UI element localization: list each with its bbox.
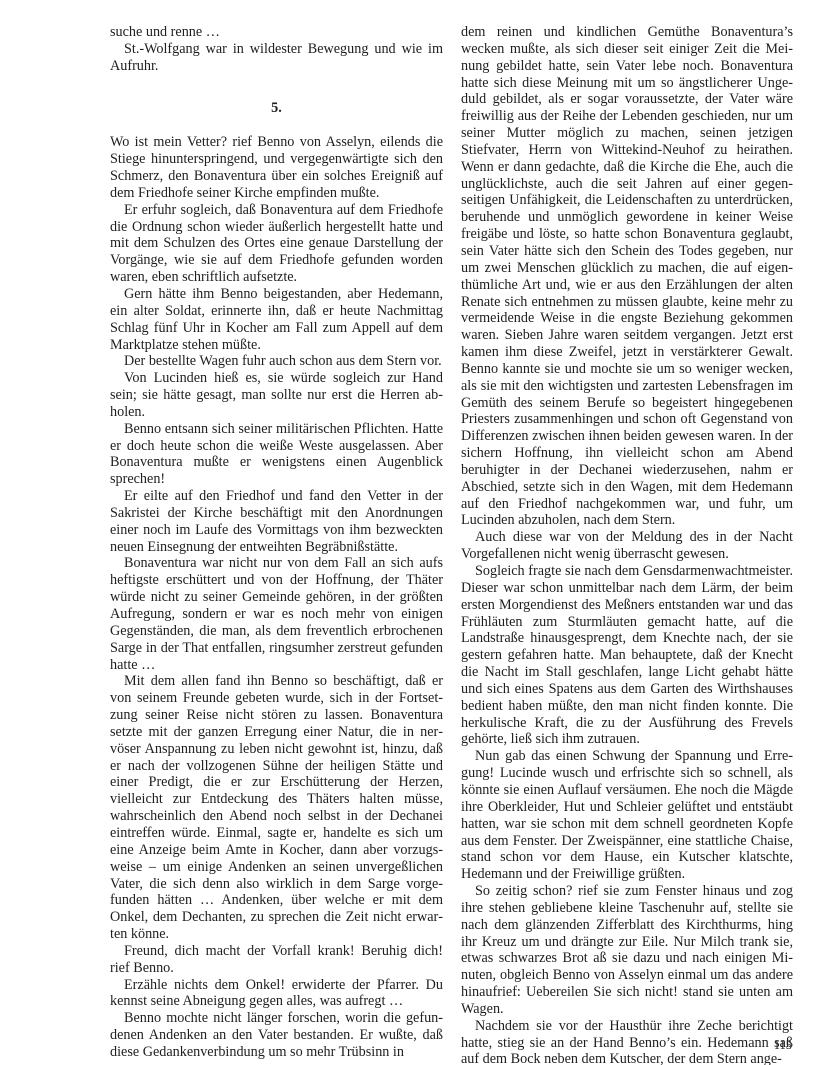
paragraph: dem reinen und kindlichen Gemüthe Bonave… bbox=[461, 24, 793, 529]
paragraph: Der bestellte Wagen fuhr auch schon aus … bbox=[110, 353, 443, 370]
paragraph: Wo ist mein Vetter? rief Benno von Assel… bbox=[110, 134, 443, 201]
right-column: dem reinen und kindlichen Gemüthe Bonave… bbox=[461, 24, 793, 1065]
paragraph: So zeitig schon? rief sie zum Fenster hi… bbox=[461, 883, 793, 1018]
paragraph: Gern hätte ihm Benno beigestanden, aber … bbox=[110, 286, 443, 353]
paragraph: Nun gab das einen Schwung der Spannung u… bbox=[461, 748, 793, 883]
page-number: 115 bbox=[740, 1037, 792, 1054]
paragraph: Von Lucinden hieß es, sie würde sogleich… bbox=[110, 370, 443, 421]
paragraph: Benno entsann sich seiner militärischen … bbox=[110, 421, 443, 488]
left-column: suche und renne … St.-Wolfgang war in wi… bbox=[110, 24, 443, 1061]
paragraph: Auch diese war von der Meldung des in de… bbox=[461, 529, 793, 563]
chapter-heading: 5. bbox=[110, 100, 443, 117]
paragraph: Erzähle nichts dem Onkel! erwiderte der … bbox=[110, 977, 443, 1011]
paragraph: Er eilte auf den Friedhof und fand den V… bbox=[110, 488, 443, 555]
paragraph: Bonaventura war nicht nur von dem Fall a… bbox=[110, 555, 443, 673]
paragraph: Mit dem allen fand ihn Benno so beschäft… bbox=[110, 673, 443, 943]
book-page: suche und renne … St.-Wolfgang war in wi… bbox=[0, 0, 819, 1065]
paragraph: Er erfuhr sogleich, daß Bonaventura auf … bbox=[110, 202, 443, 286]
paragraph: Freund, dich macht der Vorfall krank! Be… bbox=[110, 943, 443, 977]
paragraph: Benno mochte nicht länger forschen, wori… bbox=[110, 1010, 443, 1061]
paragraph: St.-Wolfgang war in wildester Bewegung u… bbox=[110, 41, 443, 75]
paragraph: Sogleich fragte sie nach dem Gensdarmenw… bbox=[461, 563, 793, 748]
paragraph: suche und renne … bbox=[110, 24, 443, 41]
